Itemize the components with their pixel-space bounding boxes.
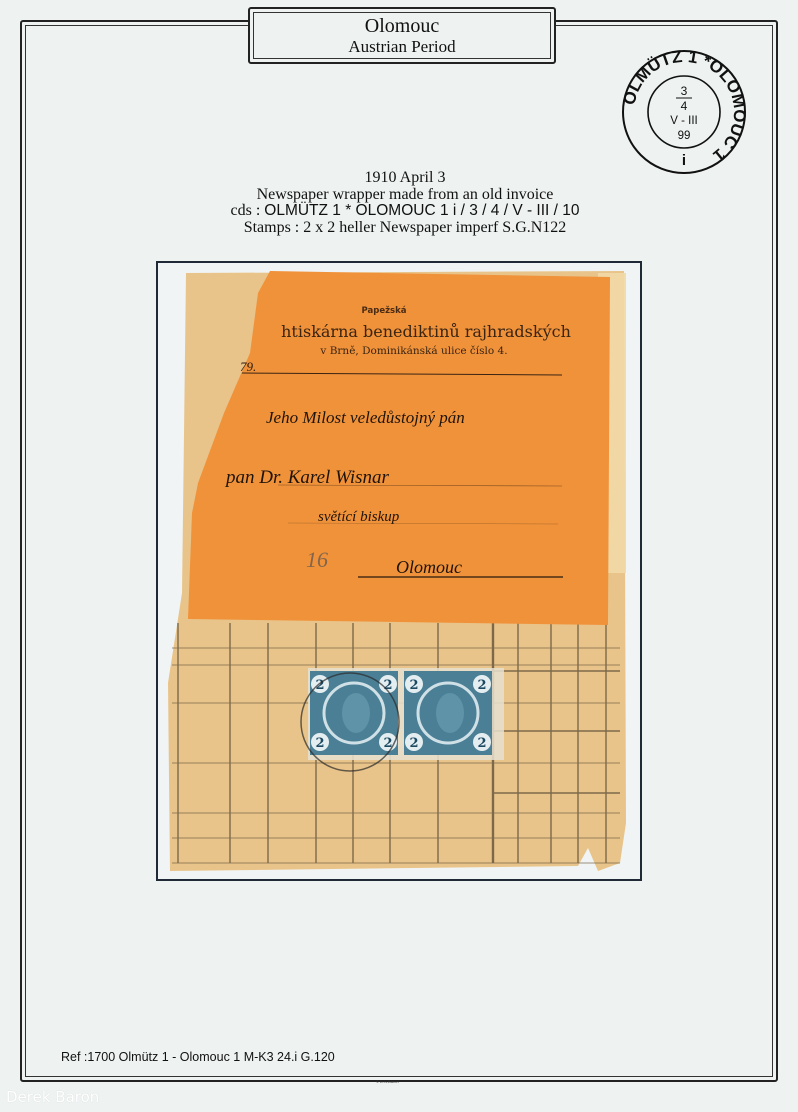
svg-text:Jeho Milost veledůstojný pán: Jeho Milost veledůstojný pán — [266, 408, 465, 427]
svg-text:16: 16 — [306, 547, 328, 572]
postmark-icon: OLMÜTZ 1 *OLOMOUC 1 i 3 4 V - III 99 — [620, 48, 748, 176]
reference-text: Ref :1700 Olmütz 1 - Olomouc 1 M-K3 24.i… — [61, 1050, 335, 1064]
svg-text:Papežská: Papežská — [362, 306, 407, 316]
item-stamps: Stamps : 2 x 2 heller Newspaper imperf S… — [150, 220, 660, 237]
item-date: 1910 April 3 — [150, 170, 660, 187]
page-subtitle: Austrian Period — [254, 37, 550, 56]
postmark-month: 4 — [681, 99, 688, 113]
newspaper-wrapper-image: Papežská htiskárna benediktinů rajhradsk… — [158, 263, 640, 879]
copyright-text: © D.N.Baron — [376, 1079, 399, 1084]
postmark-index: i — [682, 152, 686, 169]
svg-text:htiskárna benediktinů rajhrads: htiskárna benediktinů rajhradských — [281, 322, 571, 341]
svg-text:Olomouc: Olomouc — [396, 557, 462, 577]
svg-text:2: 2 — [409, 736, 418, 751]
svg-text:2: 2 — [409, 678, 418, 693]
svg-text:2: 2 — [477, 678, 486, 693]
svg-text:v Brně, Dominikánská ulice čís: v Brně, Dominikánská ulice číslo 4. — [319, 344, 507, 357]
svg-text:2: 2 — [477, 736, 486, 751]
page-title: Olomouc — [254, 16, 550, 37]
svg-text:79.: 79. — [240, 359, 256, 374]
svg-text:světící biskup: světící biskup — [318, 509, 400, 525]
item-cds: cds : OLMÜTZ 1 * OLOMOUC 1 i / 3 / 4 / V… — [150, 203, 660, 220]
title-box: Olomouc Austrian Period — [248, 7, 556, 64]
item-summary: Newspaper wrapper made from an old invoi… — [150, 187, 660, 204]
item-description: 1910 April 3 Newspaper wrapper made from… — [150, 170, 660, 236]
watermark-text: Derek Baron — [6, 1088, 99, 1106]
postmark-hours: V - III — [670, 115, 697, 127]
cds-value: OLMÜTZ 1 * OLOMOUC 1 i / 3 / 4 / V - III… — [264, 202, 579, 219]
postmark-year: 99 — [678, 130, 691, 142]
postmark-day: 3 — [681, 84, 688, 98]
album-page: Olomouc Austrian Period OLMÜTZ 1 *OLOMOU… — [0, 0, 798, 1112]
svg-text:2: 2 — [315, 736, 324, 751]
